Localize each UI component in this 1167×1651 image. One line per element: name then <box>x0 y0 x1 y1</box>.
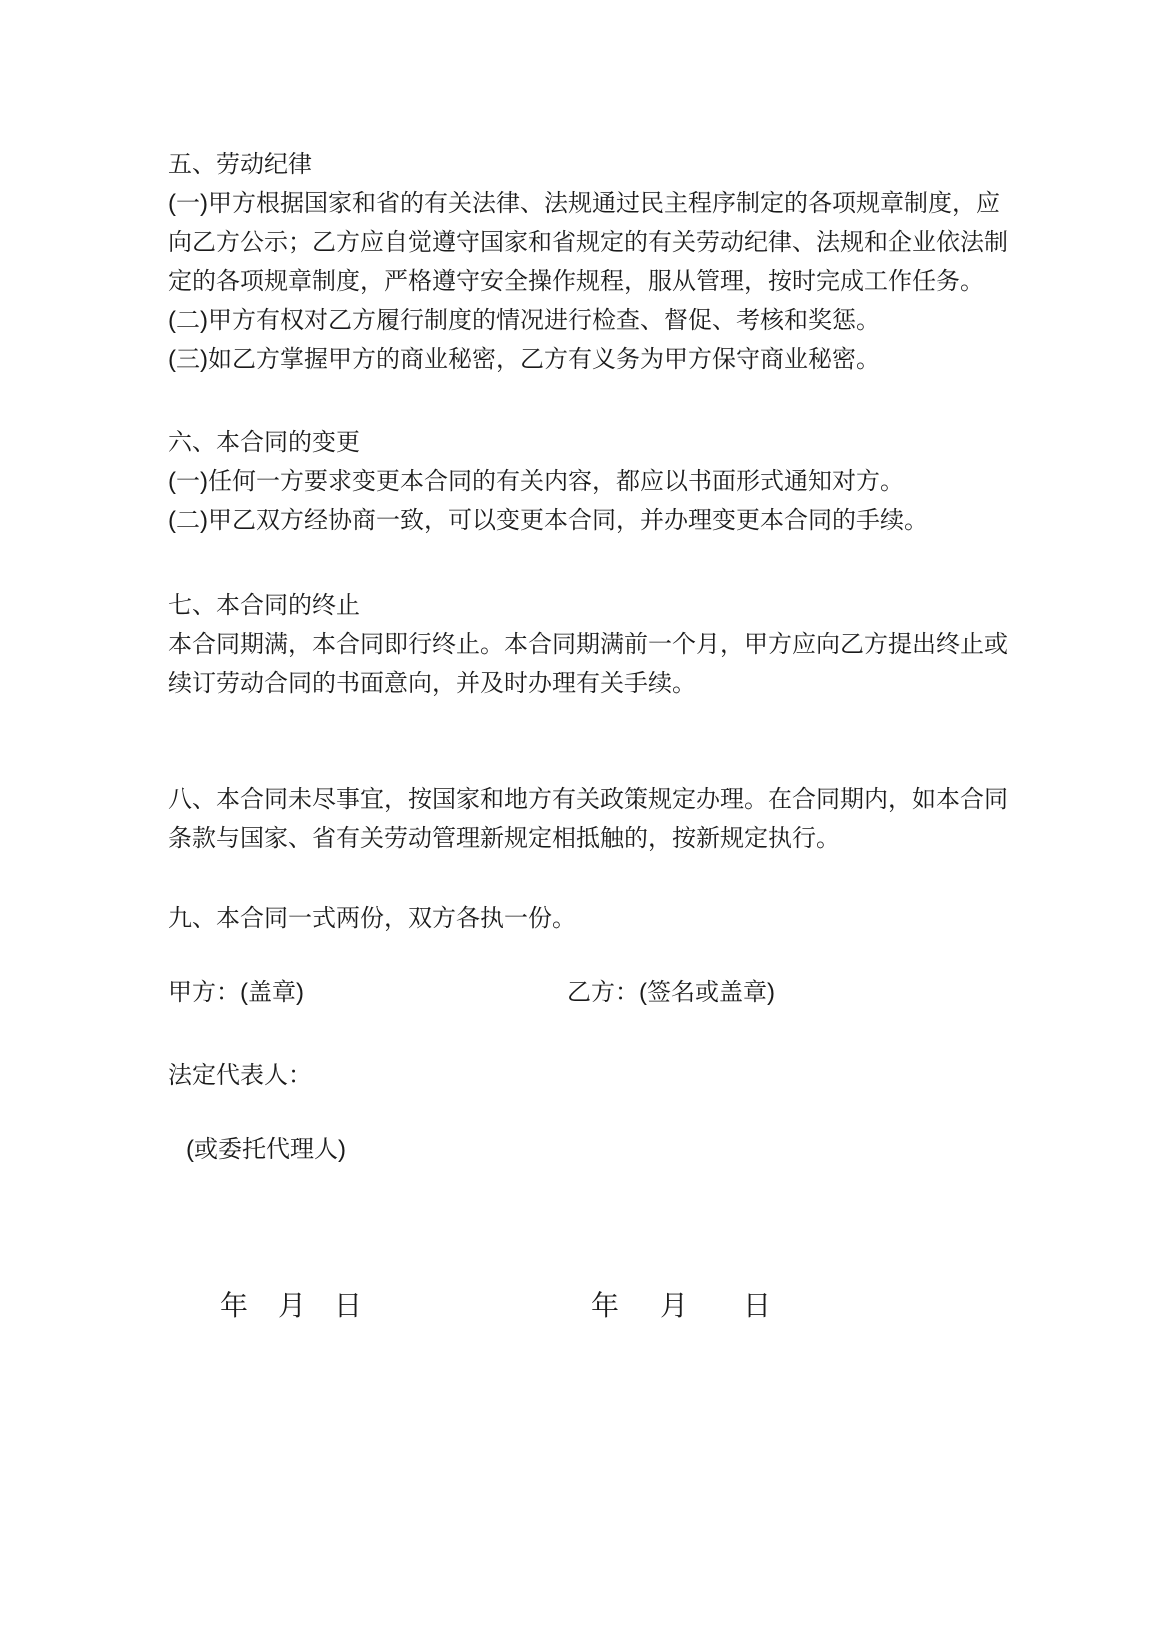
section-6-line: (一)任何一方要求变更本合同的有关内容，都应以书面形式通知对方。 <box>168 462 1007 501</box>
section-5-line: (三)如乙方掌握甲方的商业秘密，乙方有义务为甲方保守商业秘密。 <box>168 340 1007 379</box>
section-6-title: 六、本合同的变更 <box>168 423 1007 462</box>
section-5-line: 向乙方公示；乙方应自觉遵守国家和省规定的有关劳动纪律、法规和企业依法制 <box>168 223 1007 262</box>
contract-section-5: 五、劳动纪律 (一)甲方根据国家和省的有关法律、法规通过民主程序制定的各项规章制… <box>168 145 1007 379</box>
signature-date-row: 年 月 日 年 月 日 <box>168 1285 1007 1327</box>
section-6-line: (二)甲乙双方经协商一致，可以变更本合同，并办理变更本合同的手续。 <box>168 501 1007 540</box>
contract-section-9: 九、本合同一式两份，双方各执一份。 <box>168 899 1007 938</box>
party-b-date-year-label: 年 <box>591 1285 619 1327</box>
contract-document-page: 五、劳动纪律 (一)甲方根据国家和省的有关法律、法规通过民主程序制定的各项规章制… <box>0 0 1167 1651</box>
party-a-date-year-label: 年 <box>220 1285 248 1327</box>
legal-representative-label: 法定代表人： <box>168 1056 1007 1095</box>
section-5-line: 定的各项规章制度，严格遵守安全操作规程，服从管理，按时完成工作任务。 <box>168 262 1007 301</box>
party-b-sign-label: 乙方：(签名或盖章) <box>567 973 775 1012</box>
party-a-seal-label: 甲方：(盖章) <box>168 973 304 1012</box>
party-b-date-month-label: 月 <box>660 1285 688 1327</box>
contract-section-6: 六、本合同的变更 (一)任何一方要求变更本合同的有关内容，都应以书面形式通知对方… <box>168 423 1007 540</box>
section-9-line: 九、本合同一式两份，双方各执一份。 <box>168 899 1007 938</box>
party-a-date-day-label: 日 <box>334 1285 362 1327</box>
section-7-title: 七、本合同的终止 <box>168 586 1007 625</box>
entrusted-agent-row: (或委托代理人) <box>168 1130 1007 1169</box>
section-5-line: (二)甲方有权对乙方履行制度的情况进行检查、督促、考核和奖惩。 <box>168 301 1007 340</box>
section-8-line: 条款与国家、省有关劳动管理新规定相抵触的，按新规定执行。 <box>168 819 1007 858</box>
contract-section-8: 八、本合同未尽事宜，按国家和地方有关政策规定办理。在合同期内，如本合同 条款与国… <box>168 780 1007 858</box>
party-b-date-day-label: 日 <box>743 1285 771 1327</box>
section-5-line: (一)甲方根据国家和省的有关法律、法规通过民主程序制定的各项规章制度，应 <box>168 184 1007 223</box>
section-7-line: 本合同期满，本合同即行终止。本合同期满前一个月，甲方应向乙方提出终止或 <box>168 625 1007 664</box>
section-8-line: 八、本合同未尽事宜，按国家和地方有关政策规定办理。在合同期内，如本合同 <box>168 780 1007 819</box>
contract-section-7: 七、本合同的终止 本合同期满，本合同即行终止。本合同期满前一个月，甲方应向乙方提… <box>168 586 1007 703</box>
legal-representative-row: 法定代表人： <box>168 1056 1007 1095</box>
section-7-line: 续订劳动合同的书面意向，并及时办理有关手续。 <box>168 664 1007 703</box>
party-a-date-month-label: 月 <box>278 1285 306 1327</box>
section-5-title: 五、劳动纪律 <box>168 145 1007 184</box>
entrusted-agent-label: (或委托代理人) <box>186 1130 1007 1169</box>
signature-parties-row: 甲方：(盖章) 乙方：(签名或盖章) <box>168 973 1007 1012</box>
